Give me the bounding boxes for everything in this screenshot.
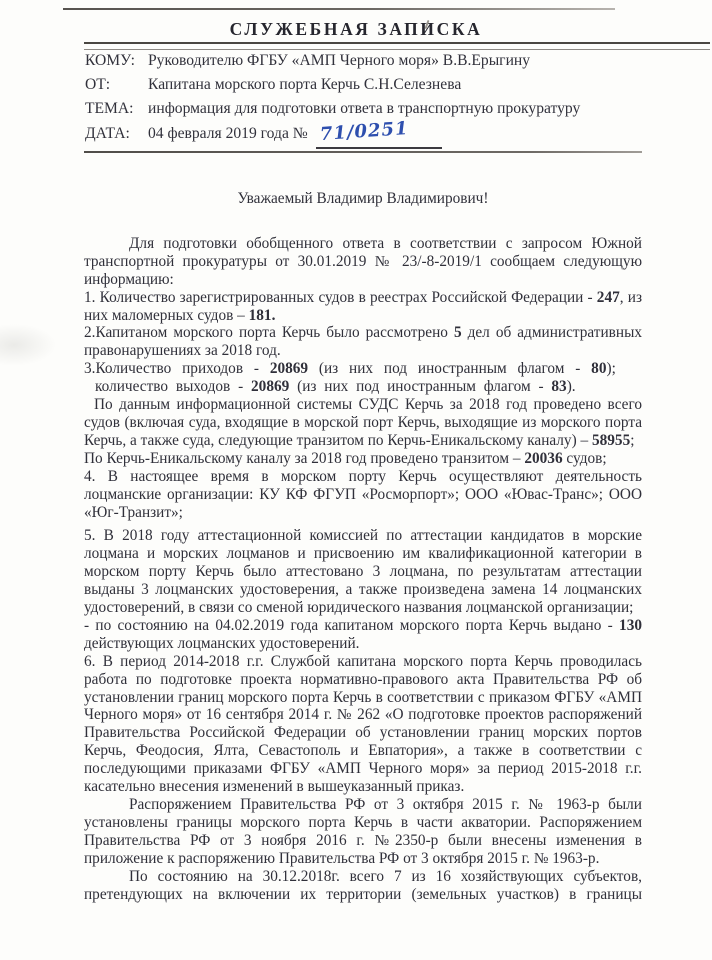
field-row-tema: ТЕМА: информация для подготовки ответа в… bbox=[85, 97, 655, 121]
bold-value: 20869 bbox=[251, 378, 289, 395]
text-run: Распоряжением Правительства РФ от 3 октя… bbox=[84, 796, 642, 867]
text-run: 4. В настоящее время в морском порту Кер… bbox=[84, 468, 642, 521]
field-value-ot: Капитана морского порта Керчь С.Н.Селезн… bbox=[148, 73, 655, 97]
text-run: ). bbox=[567, 378, 576, 395]
text-run: количество выходов - bbox=[95, 378, 251, 395]
paragraph: 1. Количество зарегистрированных судов в… bbox=[84, 289, 642, 325]
bold-value: 58955 bbox=[592, 432, 630, 449]
handwritten-registration-number: 71/0251 bbox=[319, 117, 409, 147]
text-run: - по состоянию на 04.02.2019 года капита… bbox=[84, 617, 619, 634]
paragraph: По Керчь-Еникальскому каналу за 2018 год… bbox=[84, 450, 642, 468]
bold-value: 20036 bbox=[524, 450, 562, 467]
field-label-data: ДАТА: bbox=[85, 122, 148, 146]
text-run: 6. В период 2014-2018 г.г. Службой капит… bbox=[84, 653, 642, 795]
field-row-data: ДАТА: 04 февраля 2019 года №71/0251 bbox=[85, 121, 655, 149]
paragraph: По данным информационной системы СУДС Ке… bbox=[84, 396, 642, 450]
paragraph: количество выходов - 20869 (из них под и… bbox=[84, 378, 642, 396]
field-label-komu: КОМУ: bbox=[85, 49, 148, 73]
bold-value: 247 bbox=[597, 289, 620, 306]
paragraph: Распоряжением Правительства РФ от 3 октя… bbox=[84, 796, 642, 868]
paragraph: - по состоянию на 04.02.2019 года капита… bbox=[84, 617, 642, 653]
paragraph: 6. В период 2014-2018 г.г. Службой капит… bbox=[84, 653, 642, 796]
text-run: 1. Количество зарегистрированных судов в… bbox=[84, 289, 597, 306]
bold-value: 80 bbox=[591, 360, 606, 377]
field-value-data: 04 февраля 2019 года №71/0251 bbox=[148, 121, 655, 149]
top-rule bbox=[63, 8, 615, 10]
paragraph: 5. В 2018 году аттестационной комиссией … bbox=[84, 527, 642, 617]
bold-value: 20869 bbox=[270, 360, 308, 377]
text-run: Для подготовки обобщенного ответа в соот… bbox=[84, 235, 642, 288]
text-run: По данным информационной системы СУДС Ке… bbox=[84, 396, 642, 449]
text-run: ; bbox=[630, 432, 634, 449]
bold-value: 130 bbox=[619, 617, 642, 634]
paragraph: 3.Количество приходов - 20869 (из них по… bbox=[84, 360, 642, 378]
text-run: (из них под иностранным флагом - bbox=[289, 378, 551, 395]
text-run: (из них под иностранным флагом - bbox=[308, 360, 591, 377]
field-row-komu: КОМУ: Руководителю ФГБУ «АМП Черного мор… bbox=[85, 49, 655, 73]
handwritten-number-underline: 71/0251 bbox=[316, 121, 443, 149]
memo-body: Уважаемый Владимир Владимирович! Для под… bbox=[84, 190, 642, 903]
paragraph: 2.Капитаном морского порта Керчь было ра… bbox=[84, 324, 642, 360]
field-value-komu: Руководителю ФГБУ «АМП Черного моря» В.В… bbox=[148, 49, 655, 73]
paragraph: По состоянию на 30.12.2018г. всего 7 из … bbox=[84, 868, 642, 904]
field-label-ot: ОТ: bbox=[85, 73, 148, 97]
date-printed-text: 04 февраля 2019 года № bbox=[148, 125, 308, 142]
body-paragraphs: Для подготовки обобщенного ответа в соот… bbox=[84, 235, 642, 904]
bold-value: 5 bbox=[454, 324, 462, 341]
text-run: По Керчь-Еникальскому каналу за 2018 год… bbox=[84, 450, 524, 467]
salutation: Уважаемый Владимир Владимирович! bbox=[84, 190, 642, 208]
header-fields: КОМУ: Руководителю ФГБУ «АМП Черного мор… bbox=[85, 49, 655, 149]
memo-page: СЛУЖЕБНАЯ ЗАПИСКА КОМУ: Руководителю ФГБ… bbox=[0, 0, 712, 960]
text-run: действующих лоцманских удостоверений. bbox=[84, 635, 360, 652]
text-run: 3.Количество приходов - bbox=[84, 360, 270, 377]
text-run: судов; bbox=[563, 450, 607, 467]
text-run: 5. В 2018 году аттестационной комиссией … bbox=[84, 527, 642, 616]
memo-title: СЛУЖЕБНАЯ ЗАПИСКА bbox=[0, 19, 712, 40]
text-run: По состоянию на 30.12.2018г. всего 7 из … bbox=[84, 868, 642, 903]
bold-value: 83 bbox=[551, 378, 566, 395]
field-label-tema: ТЕМА: bbox=[85, 97, 148, 121]
bold-value: 181. bbox=[249, 307, 276, 324]
field-row-ot: ОТ: Капитана морского порта Керчь С.Н.Се… bbox=[85, 73, 655, 97]
text-run: 2.Капитаном морского порта Керчь было ра… bbox=[84, 324, 454, 341]
paragraph: Для подготовки обобщенного ответа в соот… bbox=[84, 235, 642, 289]
header-bottom-rule bbox=[84, 151, 642, 153]
text-run: ); bbox=[606, 360, 615, 377]
paragraph: 4. В настоящее время в морском порту Кер… bbox=[84, 468, 642, 522]
